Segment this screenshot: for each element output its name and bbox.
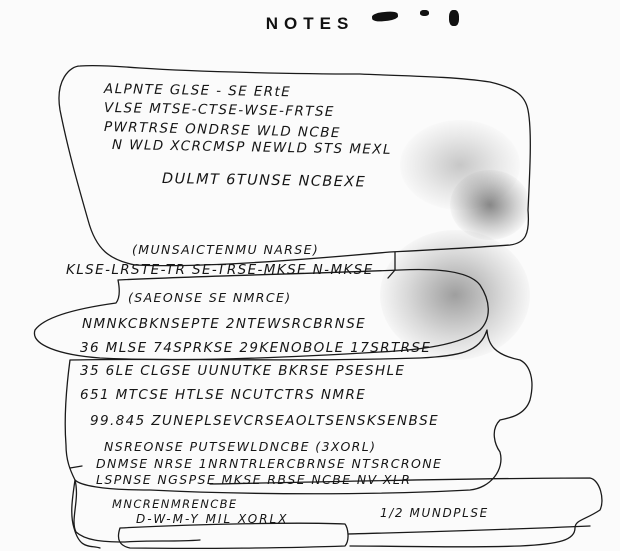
note-line: MNCRENMRENCBE bbox=[112, 497, 238, 511]
note-line: 35 6LE CLGSE UUNUTKE BKRSE PSESHLE bbox=[80, 363, 405, 379]
note-line: NMNKCBKNSEPTE 2NTEWSRCBRNSE bbox=[82, 316, 366, 332]
note-line: (MUNSAICTENMU NARSE) bbox=[132, 242, 319, 257]
note-line: DNMSE NRSE 1NRNTRLERCBRNSE NTSRCRONE bbox=[96, 456, 442, 471]
note-line: KLSE-LRSTE-TR SE-TRSE-MKSE N-MKSE bbox=[66, 262, 374, 278]
scanned-notes-page: NOTES ALPNTE GLSE - SE ERtE VLSE M bbox=[0, 0, 620, 551]
note-line: NSREONSE PUTSEWLDNCBE (3XORL) bbox=[104, 439, 376, 454]
note-line: LSPNSE NGSPSE MKSE RBSE NCBE NV XLR bbox=[96, 472, 411, 487]
outline-block-5 bbox=[118, 523, 348, 548]
footer-note: 1/2 MUNDPLSE bbox=[380, 506, 489, 520]
note-line: D-W-M-Y MIL XORLX bbox=[136, 512, 288, 526]
note-line: 36 MLSE 74SPRKSE 29KENOBOLE 17SRTRSE bbox=[80, 340, 431, 356]
note-line: ALPNTE GLSE - SE ERtE bbox=[104, 81, 291, 100]
note-line: 99.845 ZUNEPLSEVCRSEAOLTSENSKSENBSE bbox=[90, 413, 439, 429]
note-line: 651 MTCSE HTLSE NCUTCTRS NMRE bbox=[80, 387, 366, 403]
note-line: (SAEONSE SE NMRCE) bbox=[128, 290, 292, 305]
